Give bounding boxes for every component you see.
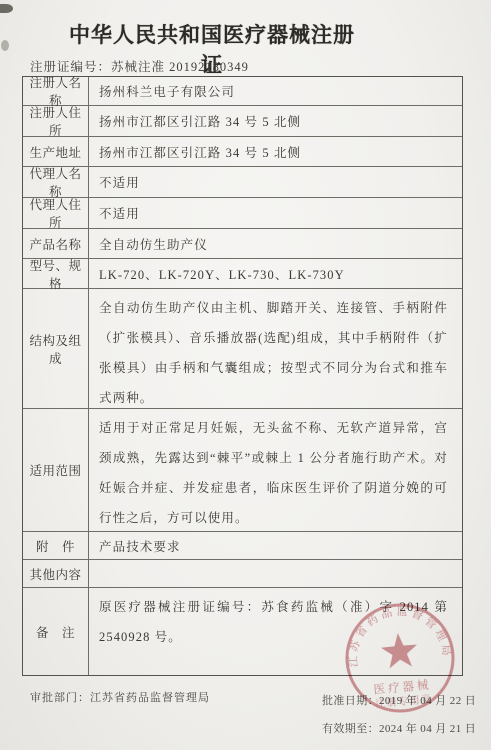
- row-value: 产品技术要求: [89, 532, 462, 559]
- table-row-production-address: 生产地址 扬州市江都区引江路 34 号 5 北侧: [23, 136, 462, 166]
- row-label: 结构及组成: [23, 289, 89, 408]
- valid-until-value: 2024 年 04 月 21 日: [379, 723, 476, 735]
- row-label: 注册人住所: [23, 106, 89, 136]
- row-value: 全自动仿生助产仪: [89, 229, 462, 258]
- table-row-product-name: 产品名称 全自动仿生助产仪: [23, 228, 462, 258]
- valid-until-label: 有效期至：: [322, 723, 379, 735]
- row-value: 扬州科兰电子有限公司: [89, 77, 462, 105]
- row-label: 代理人名称: [23, 167, 89, 197]
- row-label: 附 件: [23, 532, 89, 559]
- certificate-number-label: 注册证编号：: [30, 60, 111, 74]
- scan-smudge: [1, 40, 9, 51]
- row-value: 不适用: [89, 198, 462, 228]
- scan-smudge: [0, 4, 13, 13]
- row-label: 型号、规格: [23, 259, 89, 288]
- table-row-attachment: 附 件 产品技术要求: [23, 531, 462, 559]
- table-row-model-spec: 型号、规格 LK-720、LK-720Y、LK-730、LK-730Y: [23, 258, 462, 288]
- row-label: 备 注: [23, 588, 89, 675]
- row-label: 生产地址: [23, 137, 89, 166]
- row-label: 产品名称: [23, 229, 89, 258]
- stamp-star-icon: [380, 632, 419, 669]
- row-value: 不适用: [89, 167, 462, 197]
- table-row-registrant-address: 注册人住所 扬州市江都区引江路 34 号 5 北侧: [23, 105, 462, 136]
- registration-table: 注册人名称 扬州科兰电子有限公司 注册人住所 扬州市江都区引江路 34 号 5 …: [22, 76, 463, 676]
- approval-department-label: 审批部门：: [30, 692, 90, 704]
- row-label: 其他内容: [23, 560, 89, 587]
- table-row-intended-use: 适用范围 适用于对正常足月妊娠，无头盆不称、无软产道异常，宫颈成熟，先露达到“棘…: [23, 408, 462, 531]
- table-row-agent-address: 代理人住所 不适用: [23, 197, 462, 228]
- row-value: 适用于对正常足月妊娠，无头盆不称、无软产道异常，宫颈成熟，先露达到“棘平”或棘上…: [89, 409, 462, 531]
- row-value: 全自动仿生助产仪由主机、脚踏开关、连接管、手柄附件（扩张模具）、音乐播放器(选配…: [89, 289, 462, 408]
- row-value: 扬州市江都区引江路 34 号 5 北侧: [89, 137, 462, 166]
- table-row-other-content: 其他内容: [23, 559, 462, 587]
- official-seal-stamp: 江苏省药品监督管理局 医疗器械 注册专用章: [333, 591, 467, 725]
- certificate-document: 中华人民共和国医疗器械注册证 注册证编号：苏械注准 20192180349 注册…: [0, 0, 491, 750]
- row-label: 注册人名称: [23, 77, 89, 105]
- approval-department-value: 江苏省药品监督管理局: [90, 692, 210, 704]
- approval-department-line: 审批部门：江苏省药品监督管理局: [30, 689, 210, 705]
- row-label: 适用范围: [23, 409, 89, 531]
- table-row-structure-composition: 结构及组成 全自动仿生助产仪由主机、脚踏开关、连接管、手柄附件（扩张模具）、音乐…: [23, 288, 462, 408]
- stamp-center-line1: 医疗器械: [373, 677, 432, 696]
- table-row-agent-name: 代理人名称 不适用: [23, 166, 462, 197]
- row-value: LK-720、LK-720Y、LK-730、LK-730Y: [89, 259, 462, 288]
- row-label: 代理人住所: [23, 198, 89, 228]
- certificate-number-value: 苏械注准 20192180349: [111, 60, 249, 74]
- table-row-registrant-name: 注册人名称 扬州科兰电子有限公司: [23, 77, 462, 105]
- row-value: 扬州市江都区引江路 34 号 5 北侧: [89, 106, 462, 136]
- row-value: [89, 560, 462, 587]
